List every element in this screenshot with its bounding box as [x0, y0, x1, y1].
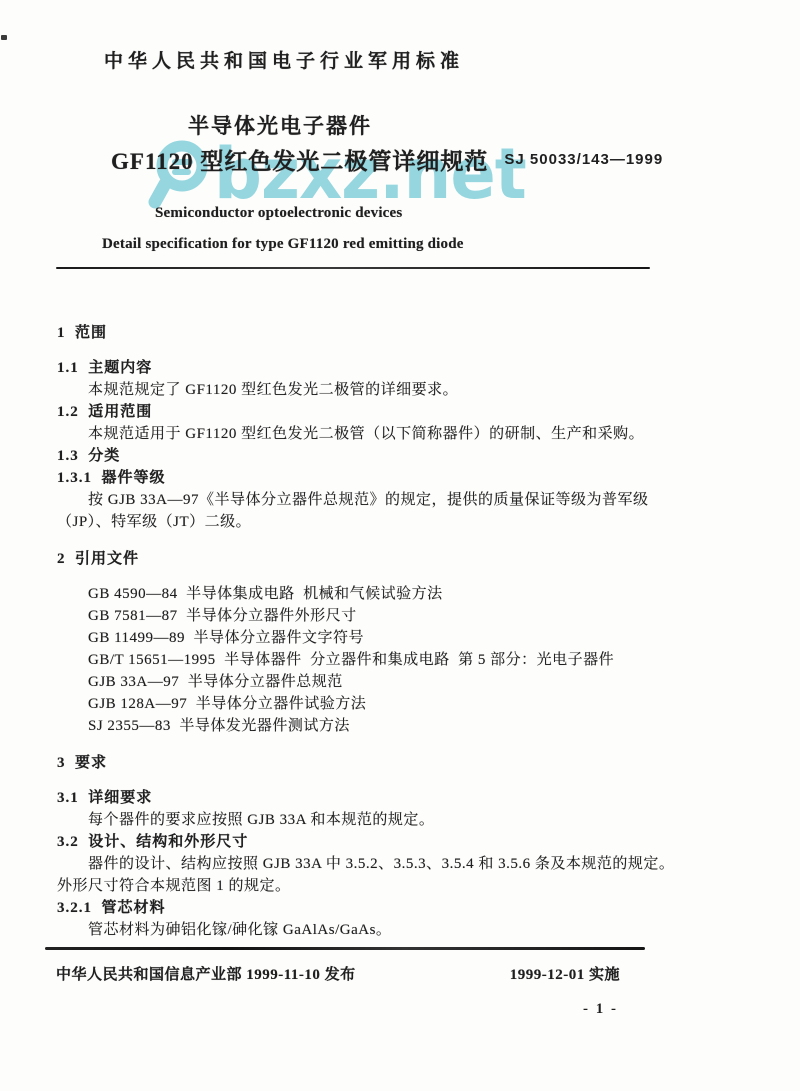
section-heading: 2 引用文件 — [57, 548, 757, 570]
paragraph-line: 管芯材料为砷铝化镓/砷化镓 GaAlAs/GaAs。 — [57, 919, 757, 941]
reference-item: GB 4590—84 半导体集成电路 机械和气候试验方法 — [57, 583, 757, 605]
footer-divider — [45, 947, 645, 950]
paragraph-line: （JP）、特军级（JT）二级。 — [57, 511, 757, 533]
scan-artifact — [1, 35, 7, 40]
subsection-heading: 1.3 分类 — [57, 445, 757, 467]
paragraph-line: 本规范适用于 GF1120 型红色发光二极管（以下简称器件）的研制、生产和采购。 — [57, 423, 757, 445]
reference-item: GB 7581—87 半导体分立器件外形尺寸 — [57, 605, 757, 627]
section-heading: 1 范围 — [57, 322, 757, 344]
subsection-heading: 1.3.1 器件等级 — [57, 467, 757, 489]
document-body: 1 范围1.1 主题内容本规范规定了 GF1120 型红色发光二极管的详细要求。… — [57, 307, 757, 941]
document-subtitle-cn: GF1120 型红色发光二极管详细规范 — [111, 143, 488, 176]
reference-item: GB/T 15651—1995 半导体器件 分立器件和集成电路 第 5 部分：光… — [57, 649, 757, 671]
paragraph-line: 按 GJB 33A—97《半导体分立器件总规范》的规定，提供的质量保证等级为普军… — [57, 489, 757, 511]
subsection-heading: 3.2.1 管芯材料 — [57, 897, 757, 919]
paragraph-line: 本规范规定了 GF1120 型红色发光二极管的详细要求。 — [57, 379, 757, 401]
paragraph-line: 器件的设计、结构应按照 GJB 33A 中 3.5.2、3.5.3、3.5.4 … — [57, 853, 757, 875]
footer-issued-text: 中华人民共和国信息产业部 1999-11-10 发布 — [56, 963, 356, 984]
reference-item: GB 11499—89 半导体分立器件文字符号 — [57, 627, 757, 649]
paragraph-line: 外形尺寸符合本规范图 1 的规定。 — [57, 875, 757, 897]
document-title-en-line2: Detail specification for type GF1120 red… — [102, 236, 464, 253]
document-title-cn: 半导体光电子器件 — [188, 110, 372, 140]
reference-item: GJB 33A—97 半导体分立器件总规范 — [57, 671, 757, 693]
document-content: 中华人民共和国电子行业军用标准 半导体光电子器件 GF1120 型红色发光二极管… — [0, 0, 800, 1091]
scanned-standard-page: bzxz.net 中华人民共和国电子行业军用标准 半导体光电子器件 GF1120… — [0, 0, 800, 1091]
reference-item: GJB 128A—97 半导体分立器件试验方法 — [57, 693, 757, 715]
section-heading: 3 要求 — [57, 752, 757, 774]
page-number: - 1 - — [583, 1001, 618, 1018]
document-title-en-line1: Semiconductor optoelectronic devices — [155, 205, 402, 222]
standard-number: SJ 50033/143—1999 — [504, 151, 663, 168]
paragraph-line: 每个器件的要求应按照 GJB 33A 和本规范的规定。 — [57, 809, 757, 831]
footer-effective-text: 1999-12-01 实施 — [510, 963, 620, 984]
subsection-heading: 3.2 设计、结构和外形尺寸 — [57, 831, 757, 853]
reference-item: SJ 2355—83 半导体发光器件测试方法 — [57, 715, 757, 737]
subsection-heading: 1.2 适用范围 — [57, 401, 757, 423]
header-divider — [56, 267, 650, 269]
subsection-heading: 3.1 详细要求 — [57, 787, 757, 809]
subtitle-row: GF1120 型红色发光二极管详细规范 SJ 50033/143—1999 — [111, 143, 663, 176]
subsection-heading: 1.1 主题内容 — [57, 357, 757, 379]
standard-type-header: 中华人民共和国电子行业军用标准 — [104, 46, 464, 73]
